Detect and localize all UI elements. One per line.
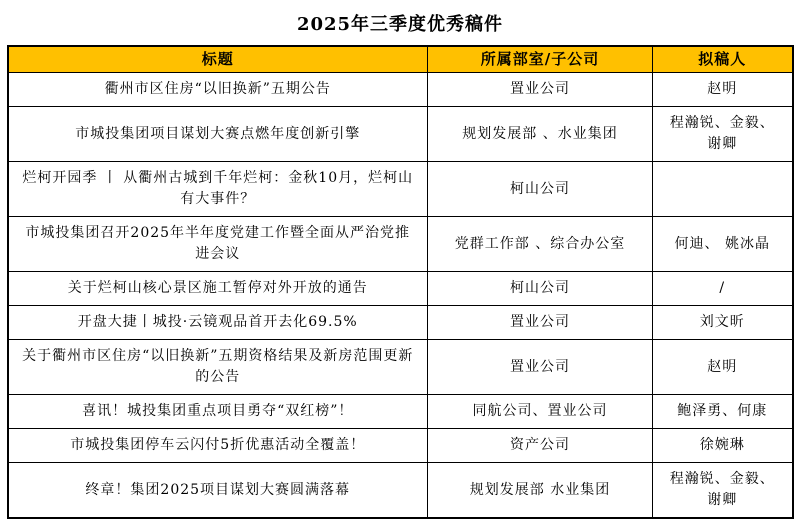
table-row: 市城投集团项目谋划大赛点燃年度创新引擎规划发展部 、水业集团程瀚锐、金毅、谢卿 [8,107,793,162]
cell-drafter: 赵明 [653,340,793,395]
cell-title: 喜讯！城投集团重点项目勇夺“双红榜”！ [8,395,428,429]
table-row: 衢州市区住房“以旧换新”五期公告置业公司赵明 [8,73,793,107]
cell-drafter: 赵明 [653,73,793,107]
cell-drafter: 鲍泽勇、何康 [653,395,793,429]
cell-title: 市城投集团召开2025年半年度党建工作暨全面从严治党推进会议 [8,217,428,272]
cell-dept: 党群工作部 、综合办公室 [428,217,653,272]
cell-dept: 柯山公司 [428,162,653,217]
cell-dept: 规划发展部 、水业集团 [428,107,653,162]
cell-title: 终章！集团2025项目谋划大赛圆满落幕 [8,463,428,519]
cell-drafter: 何迪、 姚冰晶 [653,217,793,272]
column-header-dept: 所属部室/子公司 [428,46,653,73]
table-row: 烂柯开园季 丨 从衢州古城到千年烂柯：金秋10月，烂柯山有大事件？柯山公司 [8,162,793,217]
cell-drafter: / [653,272,793,306]
table-row: 终章！集团2025项目谋划大赛圆满落幕规划发展部 水业集团程瀚锐、金毅、谢卿 [8,463,793,519]
cell-drafter: 程瀚锐、金毅、谢卿 [653,463,793,519]
table-header-row: 标题 所属部室/子公司 拟稿人 [8,46,793,73]
cell-dept: 置业公司 [428,340,653,395]
cell-drafter: 刘文昕 [653,306,793,340]
column-header-drafter: 拟稿人 [653,46,793,73]
table-row: 关于衢州市区住房“以旧换新”五期资格结果及新房范围更新的公告置业公司赵明 [8,340,793,395]
table-row: 开盘大捷丨城投·云镜观品首开去化69.5%置业公司刘文昕 [8,306,793,340]
cell-title: 关于衢州市区住房“以旧换新”五期资格结果及新房范围更新的公告 [8,340,428,395]
cell-drafter [653,162,793,217]
cell-dept: 置业公司 [428,73,653,107]
cell-drafter: 程瀚锐、金毅、谢卿 [653,107,793,162]
cell-title: 衢州市区住房“以旧换新”五期公告 [8,73,428,107]
cell-title: 开盘大捷丨城投·云镜观品首开去化69.5% [8,306,428,340]
cell-dept: 规划发展部 水业集团 [428,463,653,519]
cell-drafter: 徐婉琳 [653,429,793,463]
table-row: 关于烂柯山核心景区施工暂停对外开放的通告柯山公司/ [8,272,793,306]
cell-title: 市城投集团项目谋划大赛点燃年度创新引擎 [8,107,428,162]
cell-dept: 柯山公司 [428,272,653,306]
table-row: 市城投集团召开2025年半年度党建工作暨全面从严治党推进会议党群工作部 、综合办… [8,217,793,272]
cell-title: 烂柯开园季 丨 从衢州古城到千年烂柯：金秋10月，烂柯山有大事件？ [8,162,428,217]
table-row: 喜讯！城投集团重点项目勇夺“双红榜”！同航公司、置业公司鲍泽勇、何康 [8,395,793,429]
cell-dept: 置业公司 [428,306,653,340]
cell-title: 关于烂柯山核心景区施工暂停对外开放的通告 [8,272,428,306]
cell-title: 市城投集团停车云闪付5折优惠活动全覆盖！ [8,429,428,463]
manuscripts-table: 标题 所属部室/子公司 拟稿人 衢州市区住房“以旧换新”五期公告置业公司赵明市城… [7,45,794,519]
cell-dept: 同航公司、置业公司 [428,395,653,429]
cell-dept: 资产公司 [428,429,653,463]
table-body: 衢州市区住房“以旧换新”五期公告置业公司赵明市城投集团项目谋划大赛点燃年度创新引… [8,73,793,519]
document-page: 2025年三季度优秀稿件 标题 所属部室/子公司 拟稿人 衢州市区住房“以旧换新… [0,0,800,520]
table-row: 市城投集团停车云闪付5折优惠活动全覆盖！资产公司徐婉琳 [8,429,793,463]
page-title: 2025年三季度优秀稿件 [0,6,800,45]
column-header-title: 标题 [8,46,428,73]
